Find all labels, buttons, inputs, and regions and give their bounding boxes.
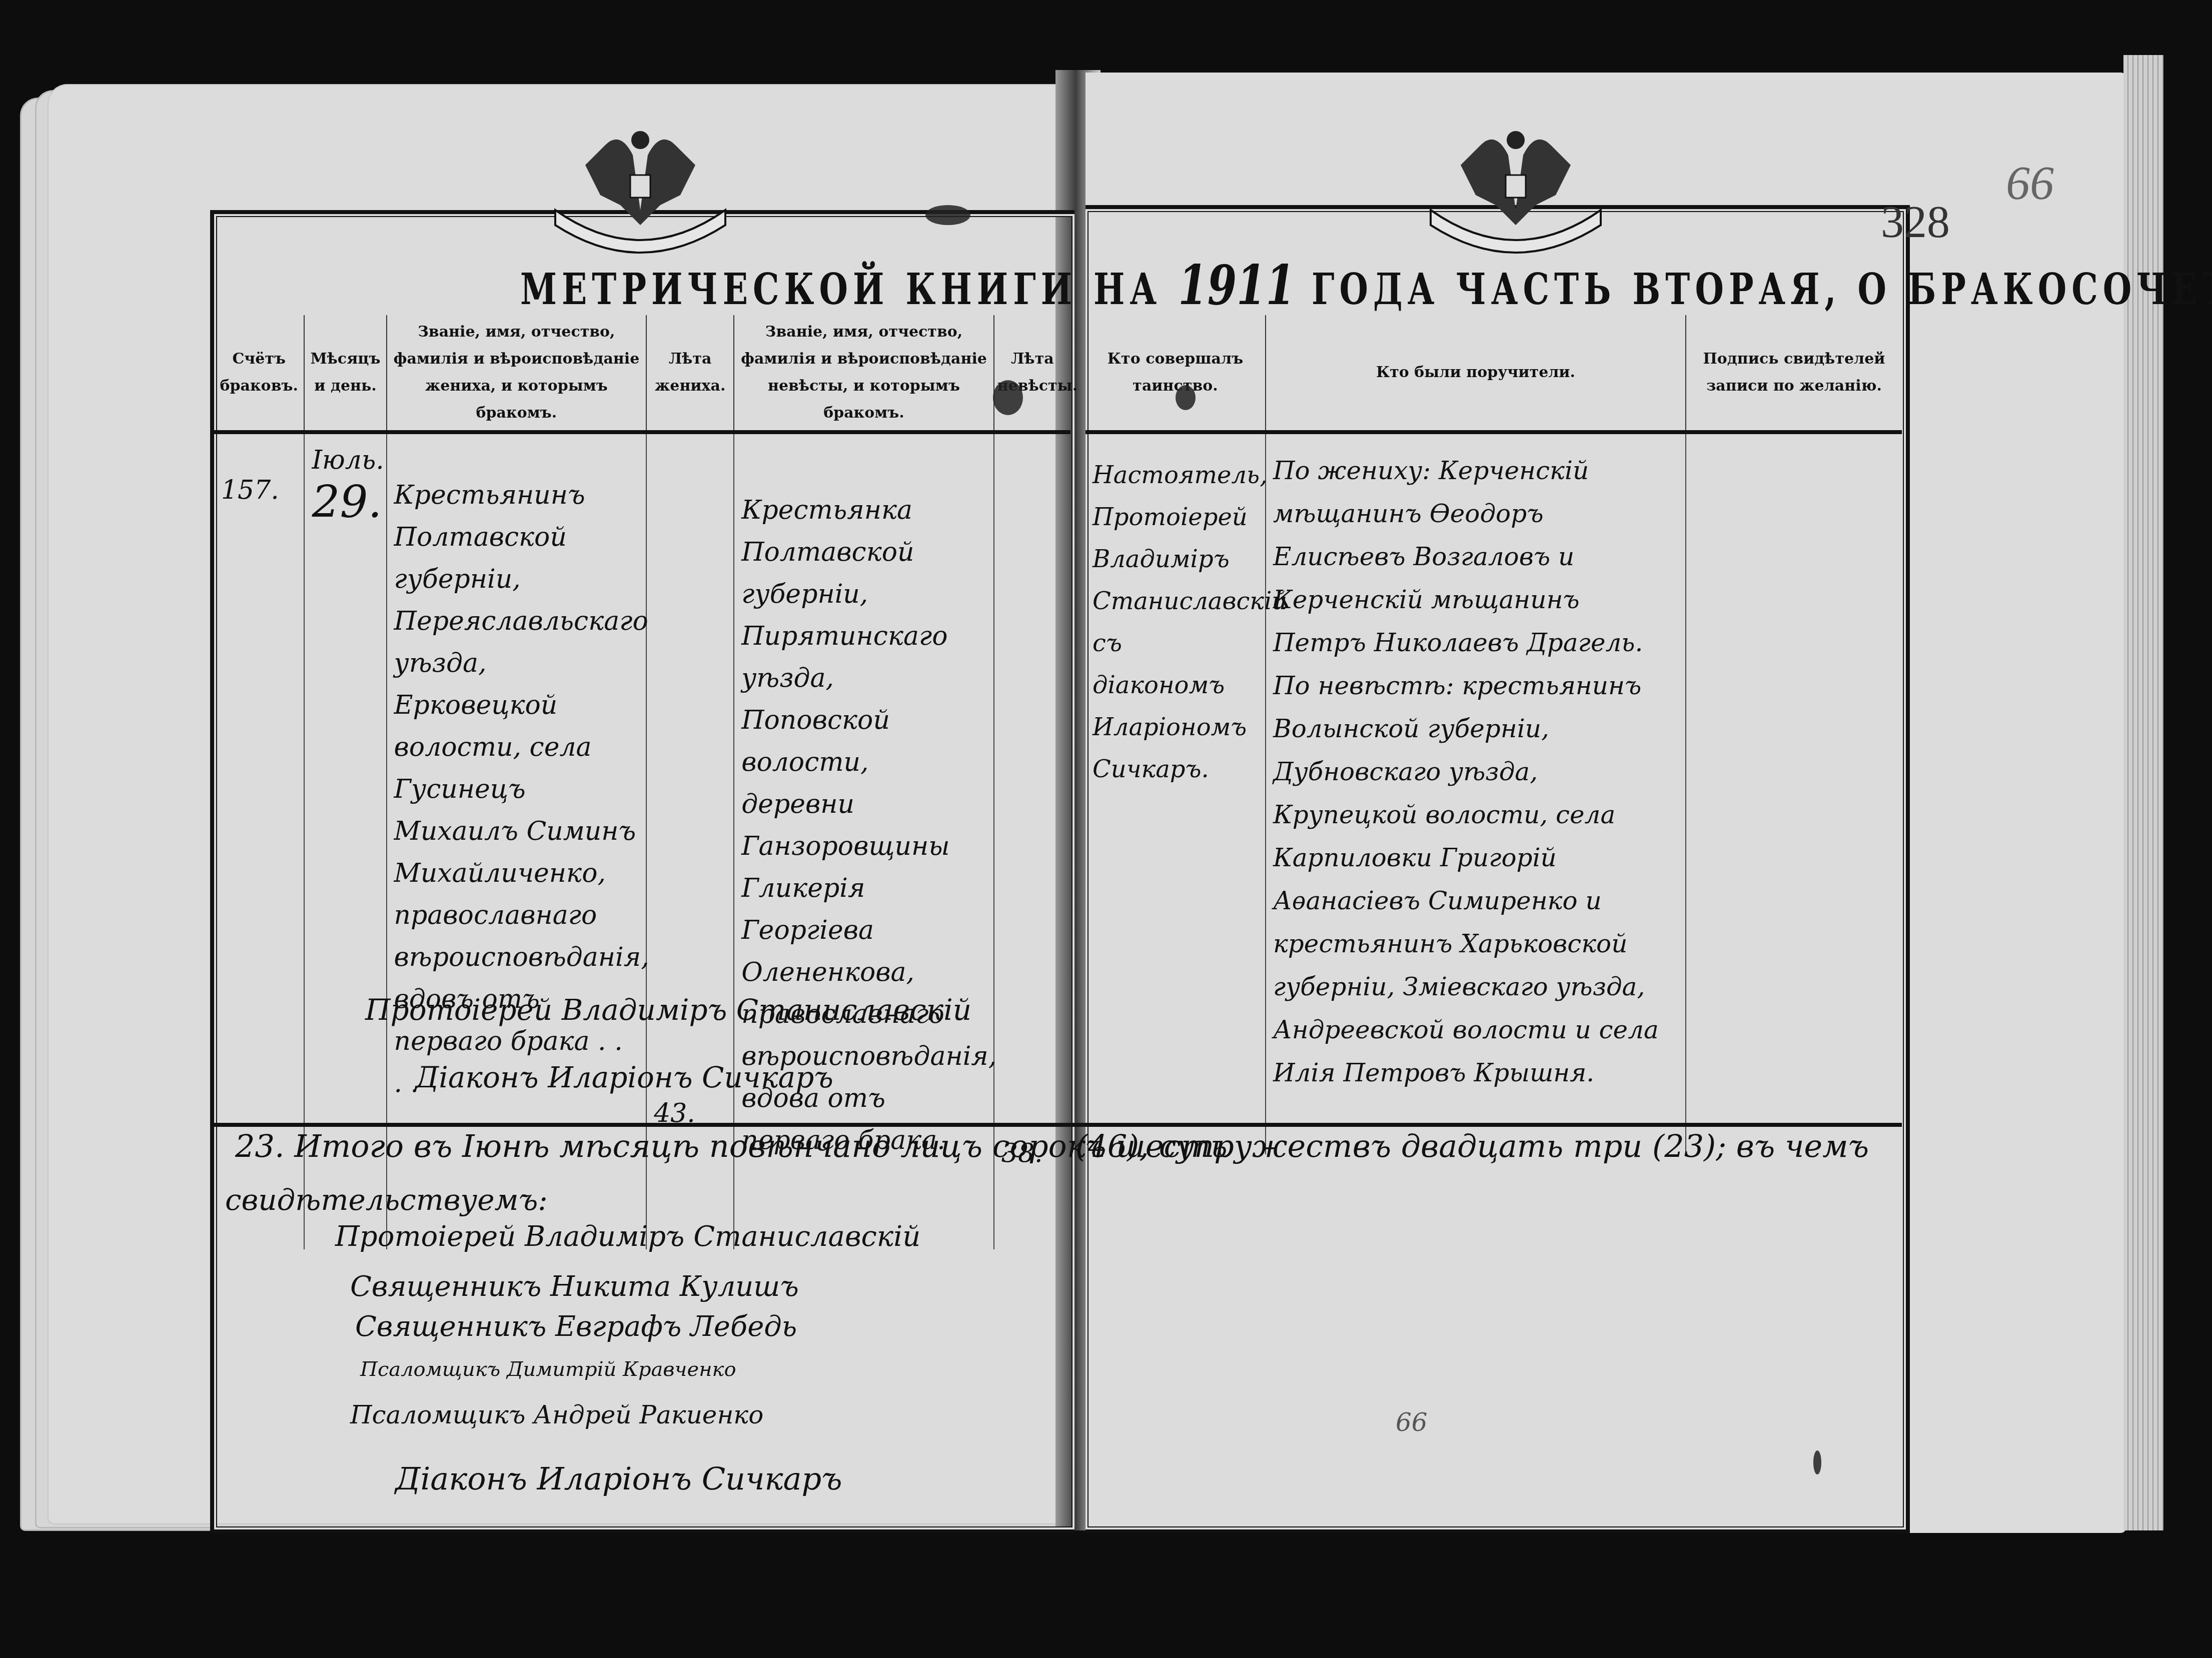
- right-register-table: Кто совершалъ таинство. Кто были поручит…: [1085, 315, 1902, 1154]
- page-number: 328: [1881, 195, 1950, 248]
- entry-month: Іюль.: [312, 439, 379, 481]
- table-row: Настоятель, Протоіерей Владиміръ Станисл…: [1085, 432, 1902, 1154]
- closing-signature: Священникъ Никита Кулишъ: [350, 1270, 799, 1303]
- coat-of-arms-icon: [545, 110, 735, 255]
- summary-divider: [214, 1123, 1902, 1127]
- col-officiant: Кто совершалъ таинство.: [1085, 315, 1266, 432]
- pencil-folio: 66: [2006, 155, 2054, 211]
- closing-signature: Діаконъ Иларіонъ Сичкаръ: [395, 1460, 842, 1497]
- sureties-details: По жениху: Керченскій мѣщанинъ Өеодоръ Е…: [1266, 432, 1686, 1154]
- title-suffix: ГОДА ЧАСТЬ ВТОРАЯ, О БРАКОСОЧЕТАВШИХСЯ.: [1312, 264, 2212, 314]
- officiant-details: Настоятель, Протоіерей Владиміръ Станисл…: [1085, 432, 1266, 1154]
- ink-blot: [925, 205, 970, 225]
- entry-signature-2: Діаконъ Иларіонъ Сичкаръ: [415, 1060, 833, 1094]
- closing-signature: Протоіерей Владиміръ Станиславскій: [335, 1220, 920, 1253]
- summary-continuation: свидѣтельствуемъ:: [225, 1183, 548, 1217]
- left-register-table: Счётъ браковъ. Мѣсяцъ и день. Званіе, им…: [214, 315, 1070, 1249]
- title-prefix: МЕТРИЧЕСКОЙ КНИГИ НА: [520, 264, 1162, 314]
- table-header-row: Счётъ браковъ. Мѣсяцъ и день. Званіе, им…: [214, 315, 1070, 432]
- table-header-row: Кто совершалъ таинство. Кто были поручит…: [1085, 315, 1902, 432]
- summary-right-text: (46), супружествъ двадцать три (23); въ …: [1075, 1128, 1869, 1164]
- col-groom: Званіе, имя, отчество, фамилія и вѣроисп…: [387, 315, 647, 432]
- entry-signature-1: Протоіерей Владиміръ Станиславскій: [365, 993, 971, 1027]
- closing-signature: Псаломщикъ Димитрій Кравченко: [360, 1358, 736, 1381]
- ink-blot: [1813, 1450, 1821, 1474]
- col-marriage-count: Счётъ браковъ.: [214, 315, 304, 432]
- col-month-day: Мѣсяцъ и день.: [304, 315, 386, 432]
- col-witness-signatures: Подпись свидѣтелей записи по желанію.: [1686, 315, 1902, 432]
- closing-signature: Псаломщикъ Андрей Ракиенко: [350, 1400, 763, 1429]
- double-headed-eagle-icon: [1421, 110, 1611, 255]
- title-year: 1911: [1178, 253, 1295, 317]
- coat-of-arms-icon-right: [1421, 110, 1611, 255]
- closing-signature: Священникъ Евграфъ Лебедь: [355, 1310, 797, 1343]
- ink-blot: [1176, 385, 1196, 410]
- register-title: МЕТРИЧЕСКОЙ КНИГИ НА 1911 ГОДА ЧАСТЬ ВТО…: [520, 253, 1911, 317]
- col-sureties: Кто были поручители.: [1266, 315, 1686, 432]
- entry-day: 29.: [312, 481, 379, 523]
- col-bride: Званіе, имя, отчество, фамилія и вѣроисп…: [734, 315, 994, 432]
- col-groom-age: Лѣта жениха.: [646, 315, 734, 432]
- double-headed-eagle-icon: [545, 110, 735, 255]
- ink-blot: [993, 380, 1023, 415]
- witness-signatures: [1686, 432, 1902, 1154]
- bottom-pencil-mark: 66: [1396, 1408, 1428, 1437]
